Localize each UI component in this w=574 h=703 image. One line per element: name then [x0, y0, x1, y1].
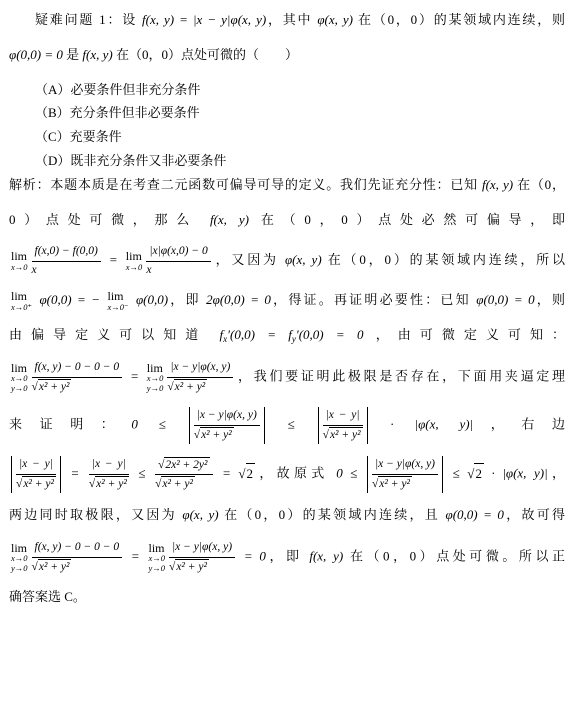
square-root: √2	[238, 466, 255, 481]
square-root: √x² + y²	[167, 381, 207, 393]
text-run: 两边同时取极限，又因为	[9, 507, 182, 522]
limit-operator: limx→0⁻	[107, 290, 128, 312]
math-run: ≤	[445, 466, 467, 481]
math-run: |x − y|	[19, 458, 53, 470]
question-stem-line-2: φ(0,0) = 0 是 f(x, y) 在（0，0）点处可微的（ ）	[9, 45, 565, 66]
math-run: φ(0,0) = 0	[9, 47, 63, 62]
math-run: f(x, y) = |x − y|φ(x, y)	[142, 12, 266, 27]
fraction-denominator: x	[146, 262, 210, 279]
text-run: （D）既非充分条件又非必要条件	[35, 153, 226, 168]
math-run: f(x,0) − f(0,0)	[35, 245, 98, 257]
fraction-numerator: f(x, y) − 0 − 0 − 0	[32, 360, 123, 378]
limit-subscript: x→0	[11, 263, 28, 273]
radicand: x² + y²	[38, 559, 72, 576]
math-run: =	[103, 252, 124, 267]
fraction-denominator: √x² + y²	[32, 558, 123, 576]
text-run: ，右边	[473, 417, 565, 432]
text-run: 在（0，0）点处可微。所以正	[343, 549, 565, 564]
fraction-numerator: |x|φ(x,0) − 0	[146, 244, 210, 262]
math-run: x	[146, 264, 151, 276]
fraction: f(x,0) − f(0,0)x	[32, 244, 101, 278]
limit-operator: limx→0	[11, 250, 28, 272]
math-run: ≤	[131, 466, 153, 481]
final-answer-line: 确答案选 C。	[9, 587, 565, 608]
radicand: 2	[246, 463, 256, 485]
math-run: f(x, y)	[309, 549, 343, 564]
limit-operator: limx→0y→0	[11, 362, 28, 394]
text-run: ，我们要证明此极限是否存在，下面用夹逼定理	[235, 369, 565, 384]
math-run: · |φ(x, y)|	[484, 466, 548, 481]
take-limit-line: 两边同时取极限，又因为 φ(x, y) 在（0，0）的某领域内连续，且 φ(0,…	[9, 505, 565, 526]
square-root: √x² + y²	[372, 478, 412, 490]
absolute-value-bars: |x − y|φ(x, y)√x² + y²	[367, 456, 443, 493]
limit-subscript: x→0⁻	[107, 303, 128, 313]
text-run: ，故可得	[504, 507, 565, 522]
math-run: = 0	[237, 549, 266, 564]
fraction-denominator: x	[32, 262, 101, 279]
fraction-denominator: √x² + y²	[169, 558, 235, 576]
square-root: √x² + y²	[169, 561, 209, 573]
math-run: x² + y²	[201, 429, 232, 441]
text-run: 在（0，0）的某领域内连续，且	[219, 507, 446, 522]
math-run: φ(x, y)	[317, 12, 353, 27]
math-run: |x|φ(x,0) − 0	[149, 245, 207, 257]
fraction-numerator: f(x,0) − f(0,0)	[32, 244, 101, 262]
differentiability-limit-line: limx→0y→0f(x, y) − 0 − 0 − 0√x² + y² = l…	[9, 360, 565, 395]
text-run: 在（0，0）的某领域内连续，则	[353, 12, 565, 27]
text-run: ，由可微定义可知：	[363, 327, 565, 342]
math-run: 2φ(0,0) = 0	[206, 293, 271, 308]
fraction-numerator: |x − y|	[323, 408, 363, 426]
text-run: 2	[247, 466, 254, 481]
text-run: ，其中	[266, 12, 317, 27]
text-run: ，则	[535, 293, 565, 308]
text-run: （A）必要条件但非充分条件	[35, 82, 200, 97]
square-root: √x² + y²	[89, 478, 129, 490]
text-run: ，又因为	[213, 252, 285, 267]
radicand: x² + y²	[200, 427, 234, 444]
radicand: x² + y²	[95, 476, 129, 493]
radical-sign-icon: √	[238, 466, 245, 481]
math-run: |x − y|φ(x, y)	[197, 409, 257, 421]
text-run: ，即	[168, 293, 206, 308]
fraction: f(x, y) − 0 − 0 − 0√x² + y²	[32, 360, 123, 395]
radical-sign-icon: √	[467, 466, 474, 481]
fraction-numerator: |x − y|	[89, 457, 129, 475]
fraction-numerator: f(x, y) − 0 − 0 − 0	[32, 540, 123, 558]
math-run: x² + y²	[162, 478, 193, 490]
math-run: f(x, y)	[82, 47, 112, 62]
fraction: f(x, y) − 0 − 0 − 0√x² + y²	[32, 540, 123, 575]
text-run: 是	[63, 47, 83, 62]
text-run: ，得证。再证明必要性：已知	[271, 293, 476, 308]
option-a: （A）必要条件但非充分条件	[9, 80, 565, 101]
fraction: |x|φ(x,0) − 0x	[146, 244, 210, 278]
partial-derivative-definition-line: 由偏导定义可以知道 fx′(0,0) = fy′(0,0) = 0 ，由可微定义…	[9, 325, 565, 347]
text-run: 在（0，0）点处必然可偏导，即	[249, 212, 565, 227]
limit-operator: limx→0⁺	[11, 290, 32, 312]
fraction-denominator: √x² + y²	[372, 475, 438, 493]
math-run: x² + y²	[23, 478, 54, 490]
fraction-numerator: |x − y|φ(x, y)	[194, 408, 260, 426]
limit-subscript: x→0	[126, 263, 143, 273]
text-run: ，即	[266, 549, 309, 564]
math-run: |x − y|	[92, 458, 126, 470]
radicand: x² + y²	[161, 476, 195, 493]
square-root: √2	[467, 466, 484, 481]
text-run: 在（0，	[513, 177, 565, 192]
limit-operator: limx→0y→0	[148, 542, 165, 574]
math-run: x² + y²	[39, 561, 70, 573]
math-run: x² + y²	[330, 429, 361, 441]
text-run: 解析：本题本质是在考查二元函数可偏导可导的定义。我们先证充分性：已知	[9, 177, 482, 192]
math-run: φ(0,0) = 0	[446, 507, 504, 522]
analysis-line-2: 0）点处可微，那么 f(x, y) 在（0，0）点处必然可偏导，即	[9, 210, 565, 231]
math-run: f(x, y)	[482, 177, 513, 192]
conclusion-limit-line: limx→0y→0f(x, y) − 0 − 0 − 0√x² + y² = l…	[9, 540, 565, 575]
fraction-numerator: |x − y|φ(x, y)	[372, 457, 438, 475]
math-run: =	[63, 466, 87, 481]
math-run: =	[124, 369, 145, 384]
math-run: φ(x, y)	[285, 252, 322, 267]
math-run: φ(x, y)	[182, 507, 218, 522]
math-run: ′(0,0) = f	[227, 327, 292, 342]
page: { "page": { "background": "#ffffff", "te…	[0, 0, 574, 703]
limit-subscript: y→0	[11, 384, 28, 394]
text-run: 确答案选 C。	[9, 589, 86, 604]
radicand: 2	[474, 463, 484, 485]
text-run: （B）充分条件但非必要条件	[35, 105, 200, 120]
fraction-denominator: √x² + y²	[32, 378, 123, 396]
analysis-line-1: 解析：本题本质是在考查二元函数可偏导可导的定义。我们先证充分性：已知 f(x, …	[9, 175, 565, 196]
bound-estimate-line: |x − y|√x² + y² = |x − y|√x² + y² ≤ √2x²…	[9, 456, 565, 493]
fraction-denominator: √x² + y²	[167, 378, 233, 396]
limit-subscript: y→0	[148, 564, 165, 574]
math-run: φ(0,0)	[131, 293, 169, 308]
limit-operator: limx→0y→0	[11, 542, 28, 574]
fraction: |x − y|√x² + y²	[16, 457, 56, 492]
text-run: ，	[548, 466, 565, 481]
radicand: x² + y²	[329, 427, 363, 444]
math-run: f(x, y)	[210, 212, 249, 227]
fraction: |x − y|√x² + y²	[89, 457, 129, 492]
limit-word: lim	[11, 250, 28, 263]
math-run: =	[215, 466, 239, 481]
fraction: √2x² + 2y²√x² + y²	[155, 457, 212, 493]
limit-operator: limx→0y→0	[147, 362, 164, 394]
fraction: |x − y|φ(x, y)√x² + y²	[372, 457, 438, 492]
math-run: x² + y²	[176, 561, 207, 573]
text-run: （C）充要条件	[35, 129, 122, 144]
absolute-value-bars: |x − y|φ(x, y)√x² + y²	[189, 407, 265, 444]
text-run: 在（0，0）的某领域内连续，所以	[322, 252, 565, 267]
square-root: √x² + y²	[32, 381, 72, 393]
text-run: 0）点处可微，那么	[9, 212, 210, 227]
square-root: √2x² + 2y²	[158, 459, 209, 471]
text-run: 由偏导定义可以知道	[9, 327, 220, 342]
limit-operator: limx→0	[126, 250, 143, 272]
one-sided-limit-line: limx→0⁺ φ(0,0) = − limx→0⁻ φ(0,0)，即 2φ(0…	[9, 290, 565, 312]
math-run: 0 ≤	[131, 417, 186, 432]
math-run: x² + y²	[39, 381, 70, 393]
limit-subscript: y→0	[11, 564, 28, 574]
fraction: |x − y|√x² + y²	[323, 408, 363, 443]
fraction: |x − y|φ(x, y)√x² + y²	[169, 540, 235, 575]
text-run: ，故原式	[255, 466, 336, 481]
limit-subscript: x→0⁺	[11, 303, 32, 313]
option-b: （B）充分条件但非必要条件	[9, 103, 565, 124]
absolute-value-bars: |x − y|√x² + y²	[318, 407, 368, 444]
fraction: |x − y|φ(x, y)√x² + y²	[167, 360, 233, 395]
square-root: √x² + y²	[323, 429, 363, 441]
partial-derivative-limit-line: limx→0f(x,0) − f(0,0)x = limx→0|x|φ(x,0)…	[9, 244, 565, 278]
fraction-denominator: √x² + y²	[194, 426, 260, 444]
fraction-denominator: √x² + y²	[16, 475, 56, 493]
fraction-numerator: |x − y|φ(x, y)	[167, 360, 233, 378]
radicand: 2x² + 2y²	[164, 457, 209, 474]
math-run: f(x, y) − 0 − 0 − 0	[35, 361, 120, 373]
math-run: 0 ≤	[336, 466, 365, 481]
math-run: · |φ(x, y)|	[370, 417, 474, 432]
math-run: x	[32, 264, 37, 276]
radicand: x² + y²	[174, 379, 208, 396]
math-run: x² + y²	[379, 478, 410, 490]
radicand: x² + y²	[175, 559, 209, 576]
text-run: 疑难问题 1：设	[35, 12, 142, 27]
fraction-denominator: √x² + y²	[155, 475, 212, 493]
math-run: ≤	[267, 417, 316, 432]
squeeze-inequality-line: 来证明：0 ≤ |x − y|φ(x, y)√x² + y² ≤ |x − y|…	[9, 407, 565, 444]
problem-document: 疑难问题 1：设 f(x, y) = |x − y|φ(x, y)，其中 φ(x…	[0, 0, 574, 703]
fraction-numerator: |x − y|φ(x, y)	[169, 540, 235, 558]
square-root: √x² + y²	[194, 429, 234, 441]
math-run: |x − y|φ(x, y)	[375, 458, 435, 470]
limit-subscript: y→0	[147, 384, 164, 394]
math-run: x² + y²	[96, 478, 127, 490]
text-run: 在（0，0）点处可微的（ ）	[113, 47, 298, 62]
fraction-denominator: √x² + y²	[89, 475, 129, 493]
math-run: |x − y|φ(x, y)	[170, 361, 230, 373]
math-run: f(x, y) − 0 − 0 − 0	[35, 541, 120, 553]
square-root: √x² + y²	[155, 478, 195, 490]
math-run: 2x² + 2y²	[165, 459, 207, 471]
math-run: |x − y|	[326, 409, 360, 421]
square-root: √x² + y²	[16, 478, 56, 490]
fraction-numerator: √2x² + 2y²	[155, 457, 212, 476]
text-run: 2	[475, 466, 482, 481]
text-run: 来证明：	[9, 417, 131, 432]
question-stem-line-1: 疑难问题 1：设 f(x, y) = |x − y|φ(x, y)，其中 φ(x…	[9, 10, 565, 31]
option-c: （C）充要条件	[9, 127, 565, 148]
math-run: |x − y|φ(x, y)	[172, 541, 232, 553]
math-run: φ(0,0) = 0	[476, 293, 534, 308]
absolute-value-bars: |x − y|√x² + y²	[11, 456, 61, 493]
option-d: （D）既非充分条件又非必要条件	[9, 151, 565, 172]
radicand: x² + y²	[38, 379, 72, 396]
radicand: x² + y²	[22, 476, 56, 493]
math-run: φ(0,0) = −	[34, 293, 105, 308]
math-run: ′(0,0) = 0	[296, 327, 364, 342]
radicand: x² + y²	[378, 476, 412, 493]
fraction: |x − y|φ(x, y)√x² + y²	[194, 408, 260, 443]
fraction-denominator: √x² + y²	[323, 426, 363, 444]
limit-word: lim	[126, 250, 143, 263]
math-run: =	[124, 549, 146, 564]
square-root: √x² + y²	[32, 561, 72, 573]
fraction-numerator: |x − y|	[16, 457, 56, 475]
math-run: x² + y²	[175, 381, 206, 393]
